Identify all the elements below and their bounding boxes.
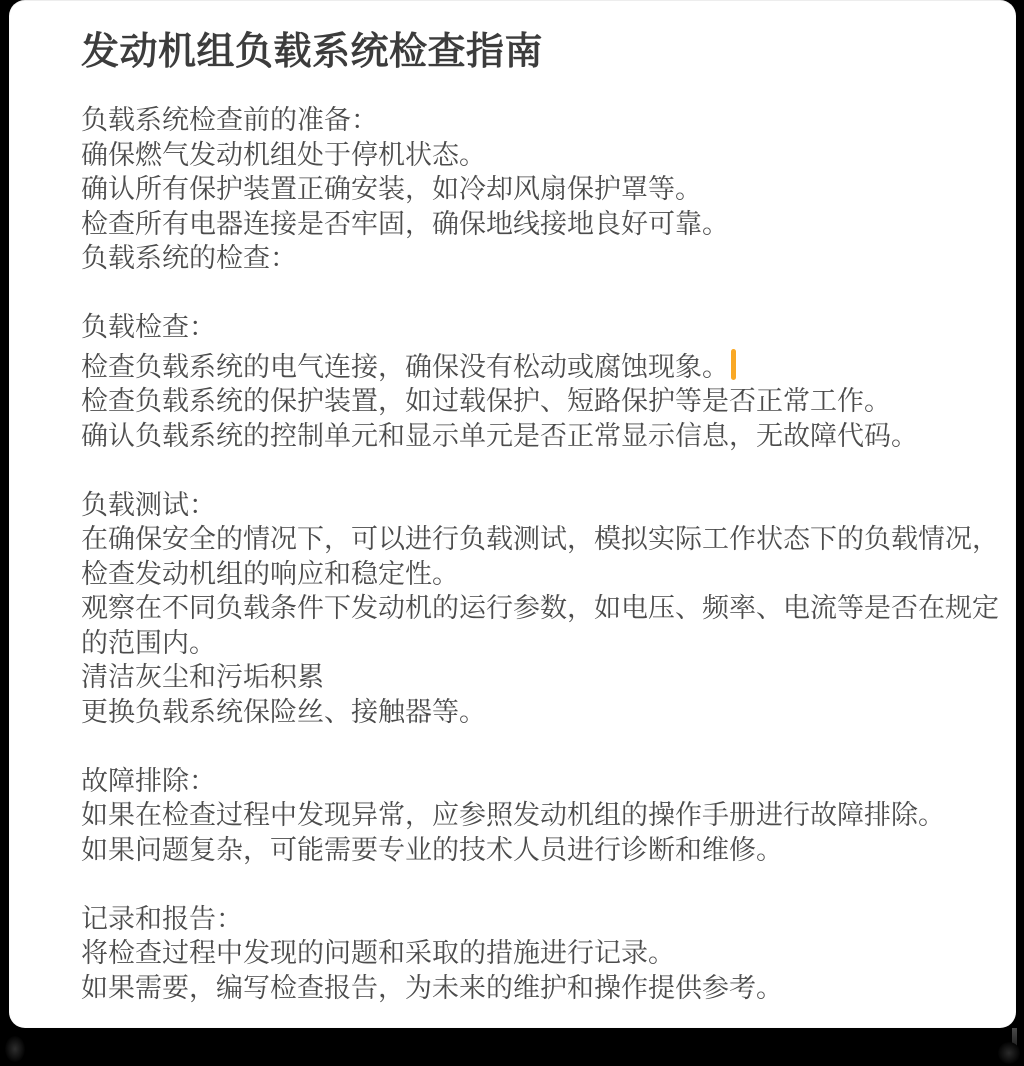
shadow-artifact-right [998, 1042, 1020, 1064]
text-line[interactable]: 检查负载系统的电气连接，确保没有松动或腐蚀现象。 [81, 345, 986, 385]
text-line[interactable]: 观察在不同负载条件下发动机的运行参数，如电压、频率、电流等是否在规定 [81, 591, 986, 626]
document-page: 发动机组负载系统检查指南 负载系统检查前的准备：确保燃气发动机组处于停机状态。确… [9, 0, 1016, 1028]
text-line[interactable]: 确保燃气发动机组处于停机状态。 [81, 138, 986, 173]
text-cursor [731, 349, 736, 380]
text-line[interactable]: 负载系统的检查： [81, 241, 986, 276]
text-line[interactable]: 清洁灰尘和污垢积累 [81, 660, 986, 695]
document-body-text[interactable]: 负载系统检查前的准备：确保燃气发动机组处于停机状态。确认所有保护装置正确安装，如… [81, 103, 986, 1005]
text-line[interactable]: 确认所有保护装置正确安装，如冷却风扇保护罩等。 [81, 172, 986, 207]
text-line[interactable]: 如果需要，编写检查报告，为未来的维护和操作提供参考。 [81, 971, 986, 1006]
text-line[interactable]: 如果问题复杂，可能需要专业的技术人员进行诊断和维修。 [81, 833, 986, 868]
text-line[interactable]: 确认负载系统的控制单元和显示单元是否正常显示信息，无故障代码。 [81, 419, 986, 454]
text-line[interactable]: 将检查过程中发现的问题和采取的措施进行记录。 [81, 936, 986, 971]
document-content: 发动机组负载系统检查指南 负载系统检查前的准备：确保燃气发动机组处于停机状态。确… [9, 0, 1016, 1005]
text-line[interactable]: 故障排除： [81, 764, 986, 799]
text-line[interactable]: 负载测试： [81, 488, 986, 523]
paragraph: 记录和报告：将检查过程中发现的问题和采取的措施进行记录。如果需要，编写检查报告，… [81, 902, 986, 1006]
paragraph: 故障排除：如果在检查过程中发现异常，应参照发动机组的操作手册进行故障排除。如果问… [81, 764, 986, 868]
paragraph: 负载检查：检查负载系统的电气连接，确保没有松动或腐蚀现象。检查负载系统的保护装置… [81, 310, 986, 453]
text-line[interactable]: 如果在检查过程中发现异常，应参照发动机组的操作手册进行故障排除。 [81, 798, 986, 833]
document-title: 发动机组负载系统检查指南 [81, 30, 986, 74]
text-line[interactable]: 检查发动机组的响应和稳定性。 [81, 557, 986, 592]
text-line[interactable]: 记录和报告： [81, 902, 986, 937]
paragraph: 负载测试：在确保安全的情况下，可以进行负载测试，模拟实际工作状态下的负载情况，检… [81, 488, 986, 730]
screen-backdrop: 发动机组负载系统检查指南 负载系统检查前的准备：确保燃气发动机组处于停机状态。确… [0, 0, 1024, 1066]
text-line[interactable]: 检查所有电器连接是否牢固，确保地线接地良好可靠。 [81, 207, 986, 242]
text-line[interactable]: 在确保安全的情况下，可以进行负载测试，模拟实际工作状态下的负载情况， [81, 522, 986, 557]
text-line[interactable]: 检查负载系统的保护装置，如过载保护、短路保护等是否正常工作。 [81, 384, 986, 419]
text-line[interactable]: 负载检查： [81, 310, 986, 345]
text-line[interactable]: 的范围内。 [81, 626, 986, 661]
paragraph: 负载系统检查前的准备：确保燃气发动机组处于停机状态。确认所有保护装置正确安装，如… [81, 103, 986, 276]
text-line[interactable]: 更换负载系统保险丝、接触器等。 [81, 695, 986, 730]
shadow-artifact-left [5, 1036, 25, 1062]
text-line[interactable]: 负载系统检查前的准备： [81, 103, 986, 138]
